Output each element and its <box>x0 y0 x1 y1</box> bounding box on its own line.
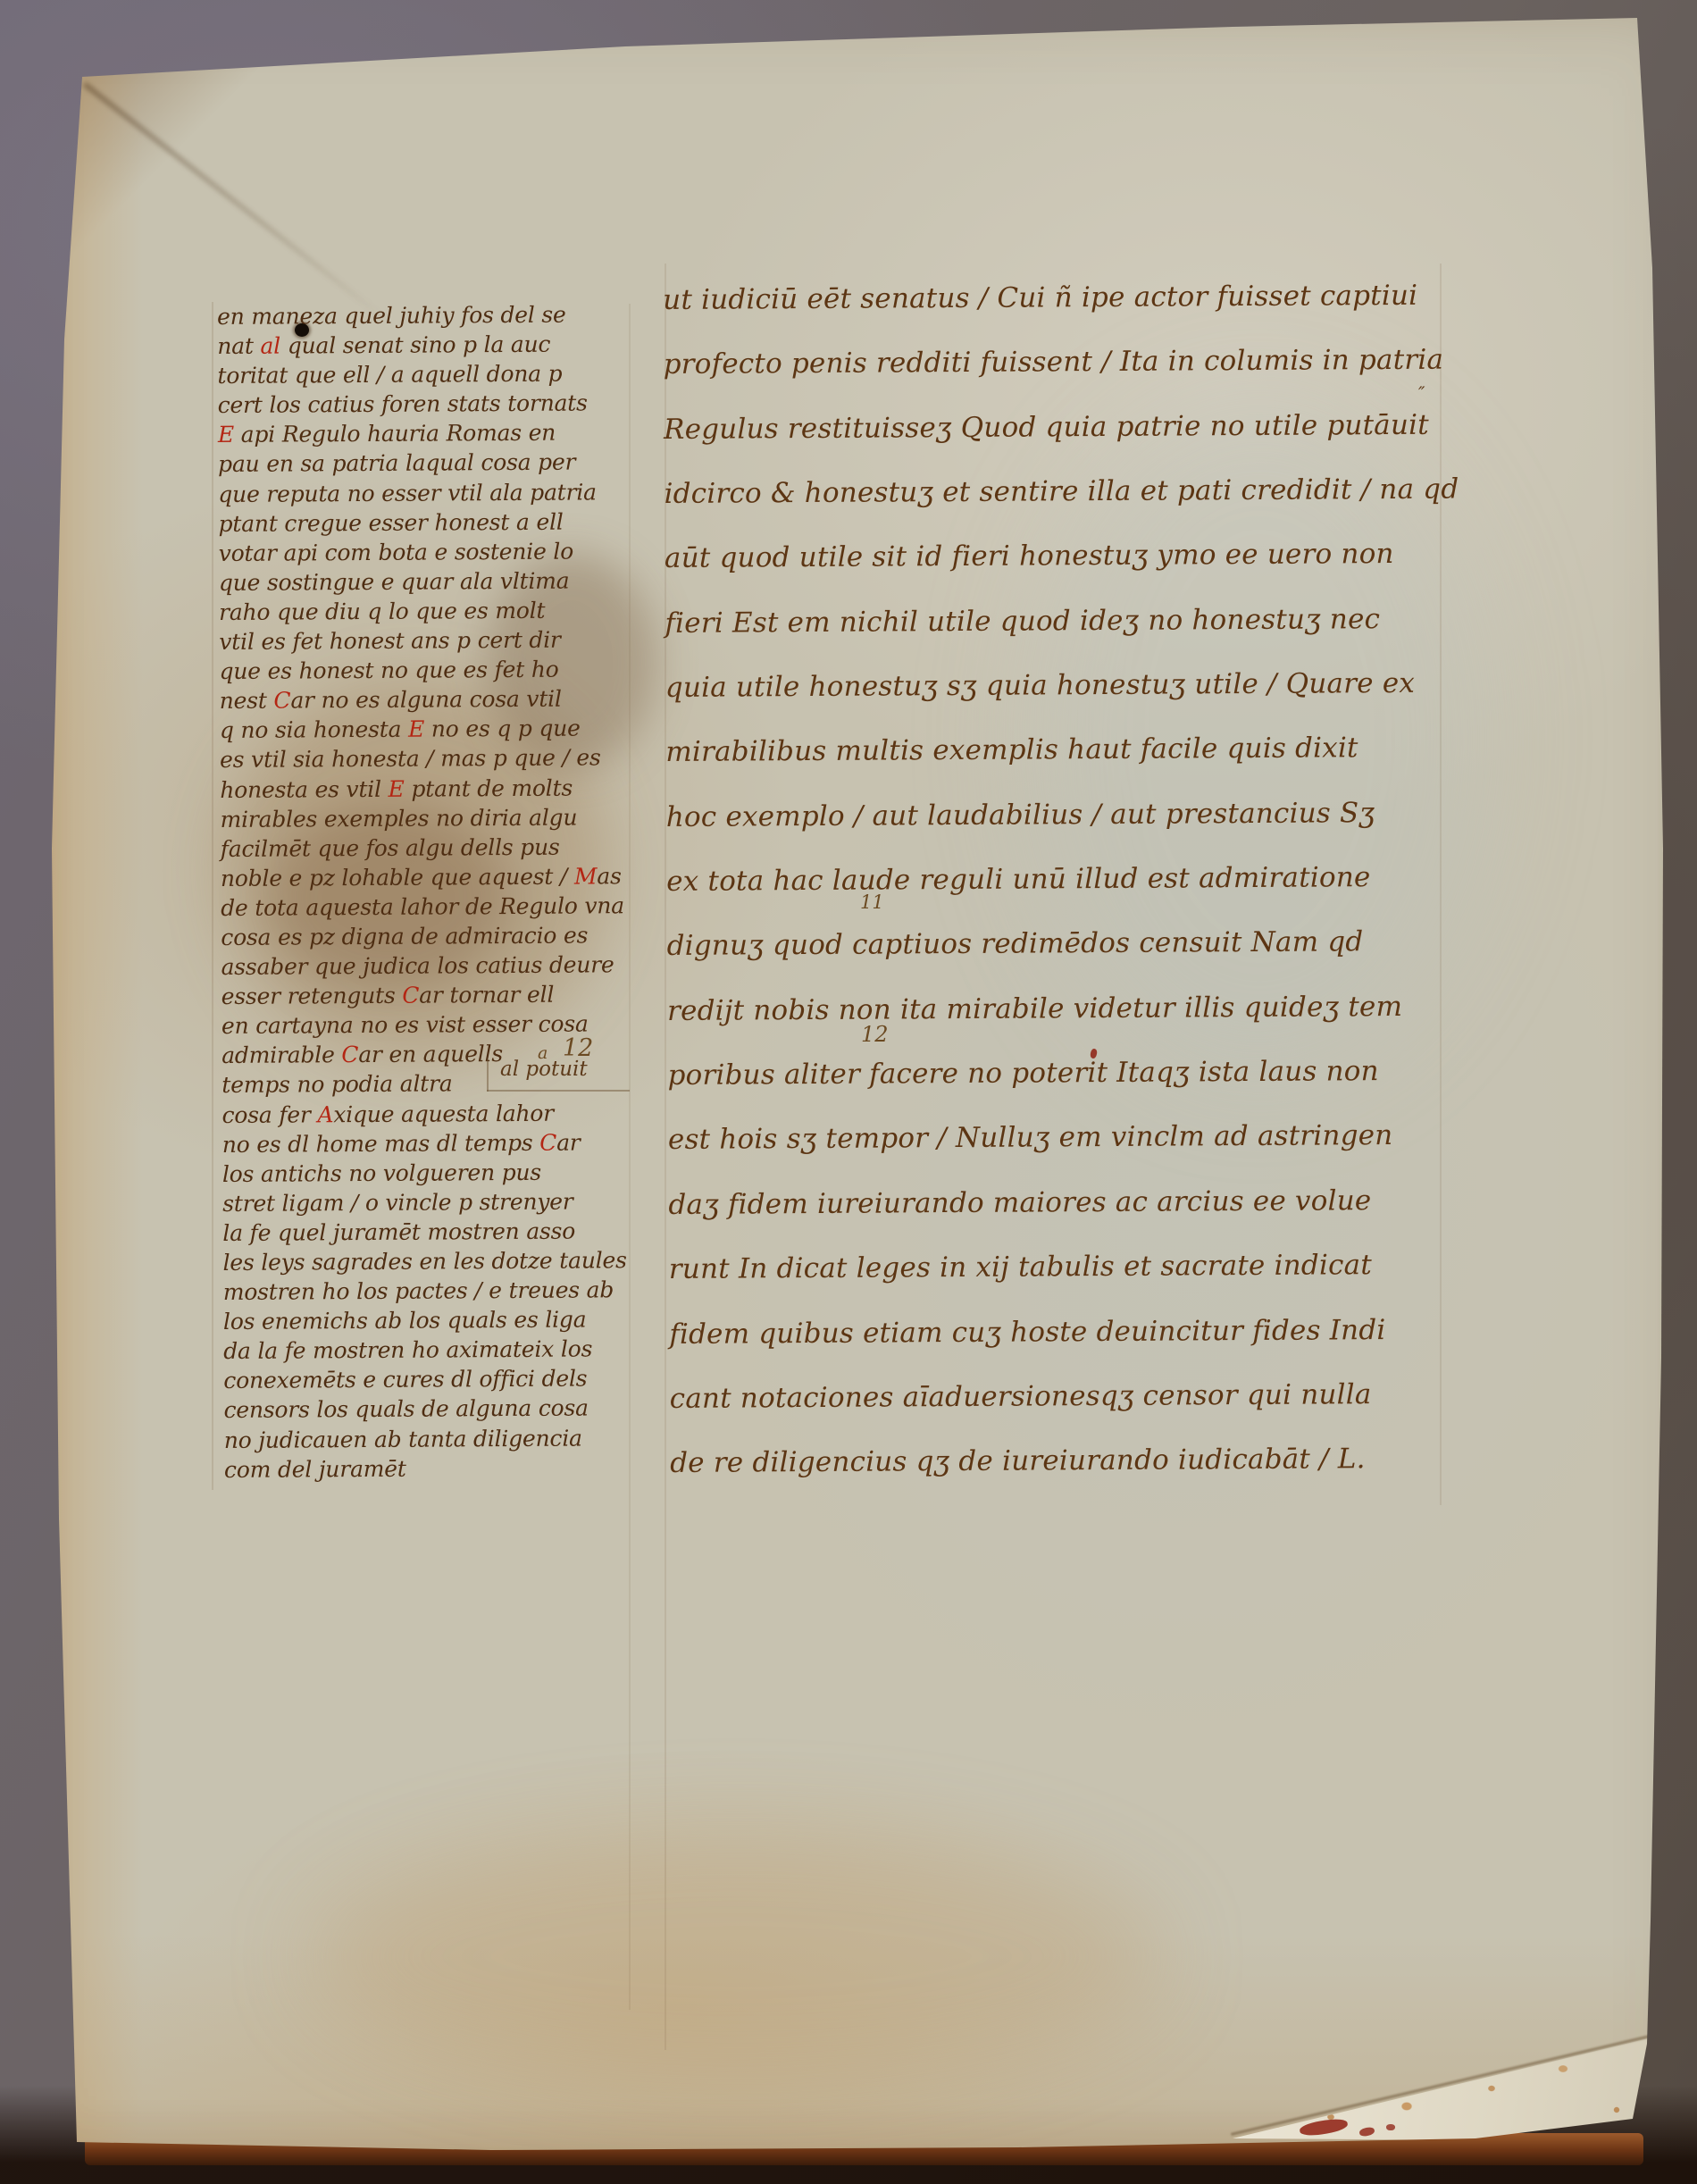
text-line: assaber que judica los catius deure <box>221 950 642 982</box>
text-line: daʒ fidem iureiurando maiores ac arcius … <box>668 1167 1465 1237</box>
marginal-insertion-text: al potuit <box>500 1059 588 1080</box>
text-line: nest Car no es alguna cosa vtil <box>220 683 641 715</box>
ruling-line-left <box>212 302 213 1490</box>
text-line: raho que diu q lo que es molt <box>219 595 640 627</box>
text-line: profecto penis redditi fuissent / Ita in… <box>663 328 1459 397</box>
ditto-mark: ″ <box>1418 384 1425 402</box>
text-line: conexemēts e cures dl offici dels <box>223 1363 645 1395</box>
text-line: votar api com bota e sostenie lo <box>219 536 640 568</box>
parchment-leaf: en maneza quel juhiy fos del senat al qu… <box>0 0 1697 2184</box>
text-line: quia utile honestuʒ sʒ quia honestuʒ uti… <box>665 651 1462 721</box>
text-line: stret ligam / o vincle p strenyer <box>222 1186 644 1218</box>
text-line: cosa fer Axique aquesta lahor <box>222 1098 643 1130</box>
manuscript-photo: en maneza quel juhiy fos del senat al qu… <box>0 0 1697 2184</box>
text-line: noble e pz lohable que aquest / Mas <box>221 861 642 893</box>
text-line: est hois sʒ tempor / Nulluʒ em vinclm ad… <box>668 1103 1465 1173</box>
text-line: fidem quibus etiam cuʒ hoste deuincitur … <box>669 1297 1466 1367</box>
text-line: ptant cregue esser honest a ell <box>218 506 640 539</box>
text-line: poribus aliter facere no poterit Itaqʒ i… <box>667 1039 1464 1109</box>
text-line: aūt quod utile sit id fieri honestuʒ ymo… <box>665 522 1461 591</box>
text-line: ut iudiciū eēt senatus / Cui ñ ipe actor… <box>663 264 1459 333</box>
text-line: com del juramēt <box>224 1452 646 1485</box>
text-line: que sostingue e quar ala vltima <box>219 565 640 598</box>
text-line: censors los quals de alguna cosa <box>223 1393 645 1426</box>
text-line: mirables exemples no diria algu <box>220 802 641 834</box>
text-line: cant notaciones aīaduersionesqʒ censor q… <box>670 1361 1467 1431</box>
text-line: E api Regulo hauria Romas en <box>218 417 640 449</box>
insertion-caret-horizontal <box>487 1090 630 1092</box>
text-line: q no sia honesta E no es q p que <box>220 713 641 745</box>
text-line: que reputa no esser vtil ala patria <box>218 477 640 509</box>
text-line: es vtil sia honesta / mas p que / es <box>220 743 641 775</box>
text-line: Regulus restituisseʒ Quod quia patrie no… <box>664 392 1460 462</box>
corner-crease-top-left <box>83 82 389 322</box>
marginal-gloss-12-main: 12 <box>861 1024 889 1045</box>
marginal-gloss-12-left: 12 <box>563 1036 593 1060</box>
red-smudge-bottom-3 <box>1386 2124 1395 2130</box>
stain-bottom-tan <box>313 1831 1161 2081</box>
text-line: cert los catius foren stats tornats <box>218 388 640 420</box>
text-line: en maneza quel juhiy fos del se <box>217 299 639 331</box>
text-line: idcirco & honestuʒ et sentire illa et pa… <box>664 457 1460 527</box>
text-line: dignuʒ quod captiuos redimēdos censuit N… <box>666 909 1463 979</box>
text-line: mirabilibus multis exemplis haut facile … <box>665 715 1462 785</box>
text-line: toritat que ell / a aquell dona p <box>217 358 639 390</box>
text-line: vtil es fet honest ans p cert dir <box>219 624 640 657</box>
text-line: ex tota hac laude reguli unū illud est a… <box>666 845 1463 915</box>
text-line: los enemichs ab los quals es liga <box>223 1304 645 1336</box>
text-line: no judicauen ab tanta diligencia <box>224 1423 646 1455</box>
text-line: fieri Est em nichil utile quod ideʒ no h… <box>665 586 1461 656</box>
main-text-column-latin: ut iudiciū eēt senatus / Cui ñ ipe actor… <box>663 264 1467 1496</box>
text-line: de tota aquesta lahor de Regulo vna <box>221 891 642 923</box>
text-line: pau en sa patria laqual cosa per <box>218 448 640 480</box>
text-line: no es dl home mas dl temps Car <box>222 1127 644 1159</box>
text-line: redijt nobis non ita mirabile videtur il… <box>667 974 1464 1043</box>
text-line: nat al qual senat sino p la auc <box>217 329 639 361</box>
folded-corner-underside <box>1224 2024 1675 2151</box>
text-line: los antichs no volgueren pus <box>222 1157 644 1189</box>
text-line: hoc exemplo / aut laudabilius / aut pres… <box>666 780 1463 849</box>
text-line: que es honest no que es fet ho <box>219 654 640 686</box>
text-line: facilmēt que fos algu dells pus <box>221 832 642 864</box>
text-line: de re diligencius qʒ de iureiurando iudi… <box>670 1427 1467 1496</box>
text-line: les leys sagrades en les dotze taules <box>222 1245 644 1277</box>
insertion-caret-vertical <box>487 1059 489 1092</box>
text-line: esser retenguts Car tornar ell <box>222 979 643 1011</box>
text-line: honesta es vtil E ptant de molts <box>220 773 641 805</box>
text-line: cosa es pz digna de admiracio es <box>221 920 642 952</box>
left-text-column-catalan-gloss: en maneza quel juhiy fos del senat al qu… <box>217 299 646 1485</box>
text-line: runt In dicat leges in xij tabulis et sa… <box>669 1233 1466 1302</box>
text-line: la fe quel juramēt mostren asso <box>222 1216 644 1248</box>
marginal-gloss-11: 11 <box>860 893 884 912</box>
text-line: mostren ho los pactes / e treues ab <box>223 1275 645 1307</box>
text-line: da la fe mostren ho aximateix los <box>223 1334 645 1366</box>
